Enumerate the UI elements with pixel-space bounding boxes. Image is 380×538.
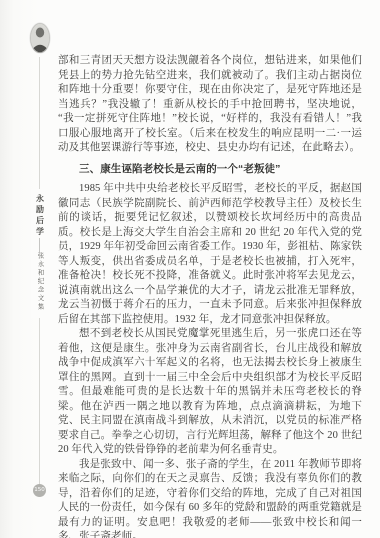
portrait-photo-graphic	[30, 23, 50, 53]
book-spine-title-text: 永励后学——张永和纪念文集	[32, 194, 48, 312]
paragraph-continued: 部和三青团天天想方设法觊觎着各个岗位，想钻进来，如果他们凭县上的势力抢先钻空进来…	[58, 54, 362, 156]
paragraph: 想不到老校长从国民党魔掌死里逃生后，另一张虎口还在等着他，这便是康生。张冲身为云…	[58, 327, 362, 458]
page-number-badge: 150	[33, 484, 46, 497]
portrait-photo-icon	[30, 23, 50, 53]
spine-title-dash: ——	[36, 238, 44, 252]
book-spine-title: 永励后学——张永和纪念文集	[31, 189, 48, 318]
paragraph: 我是张致中、闻一多、张子斋的学生，在 2011 年教师节即将来临之际，向你们的在…	[58, 458, 362, 538]
spine-title-subtitle: 张永和纪念文集	[37, 252, 44, 312]
body-text: 部和三青团天天想方设法觊觎着各个岗位，想钻进来，如果他们凭县上的势力抢先钻空进来…	[58, 54, 362, 538]
book-page: 永励后学——张永和纪念文集 150 部和三青团天天想方设法觊觎着各个岗位，想钻进…	[0, 0, 380, 538]
paragraph: 1985 年中共中央给老校长平反昭雪，老校长的平反，据赵国徽同志（民族学院副院长…	[58, 182, 362, 327]
section-heading: 三、康生诬陷老校长是云南的一个“老叛徒”	[58, 162, 362, 177]
spine-title-main: 永励后学	[36, 194, 45, 238]
